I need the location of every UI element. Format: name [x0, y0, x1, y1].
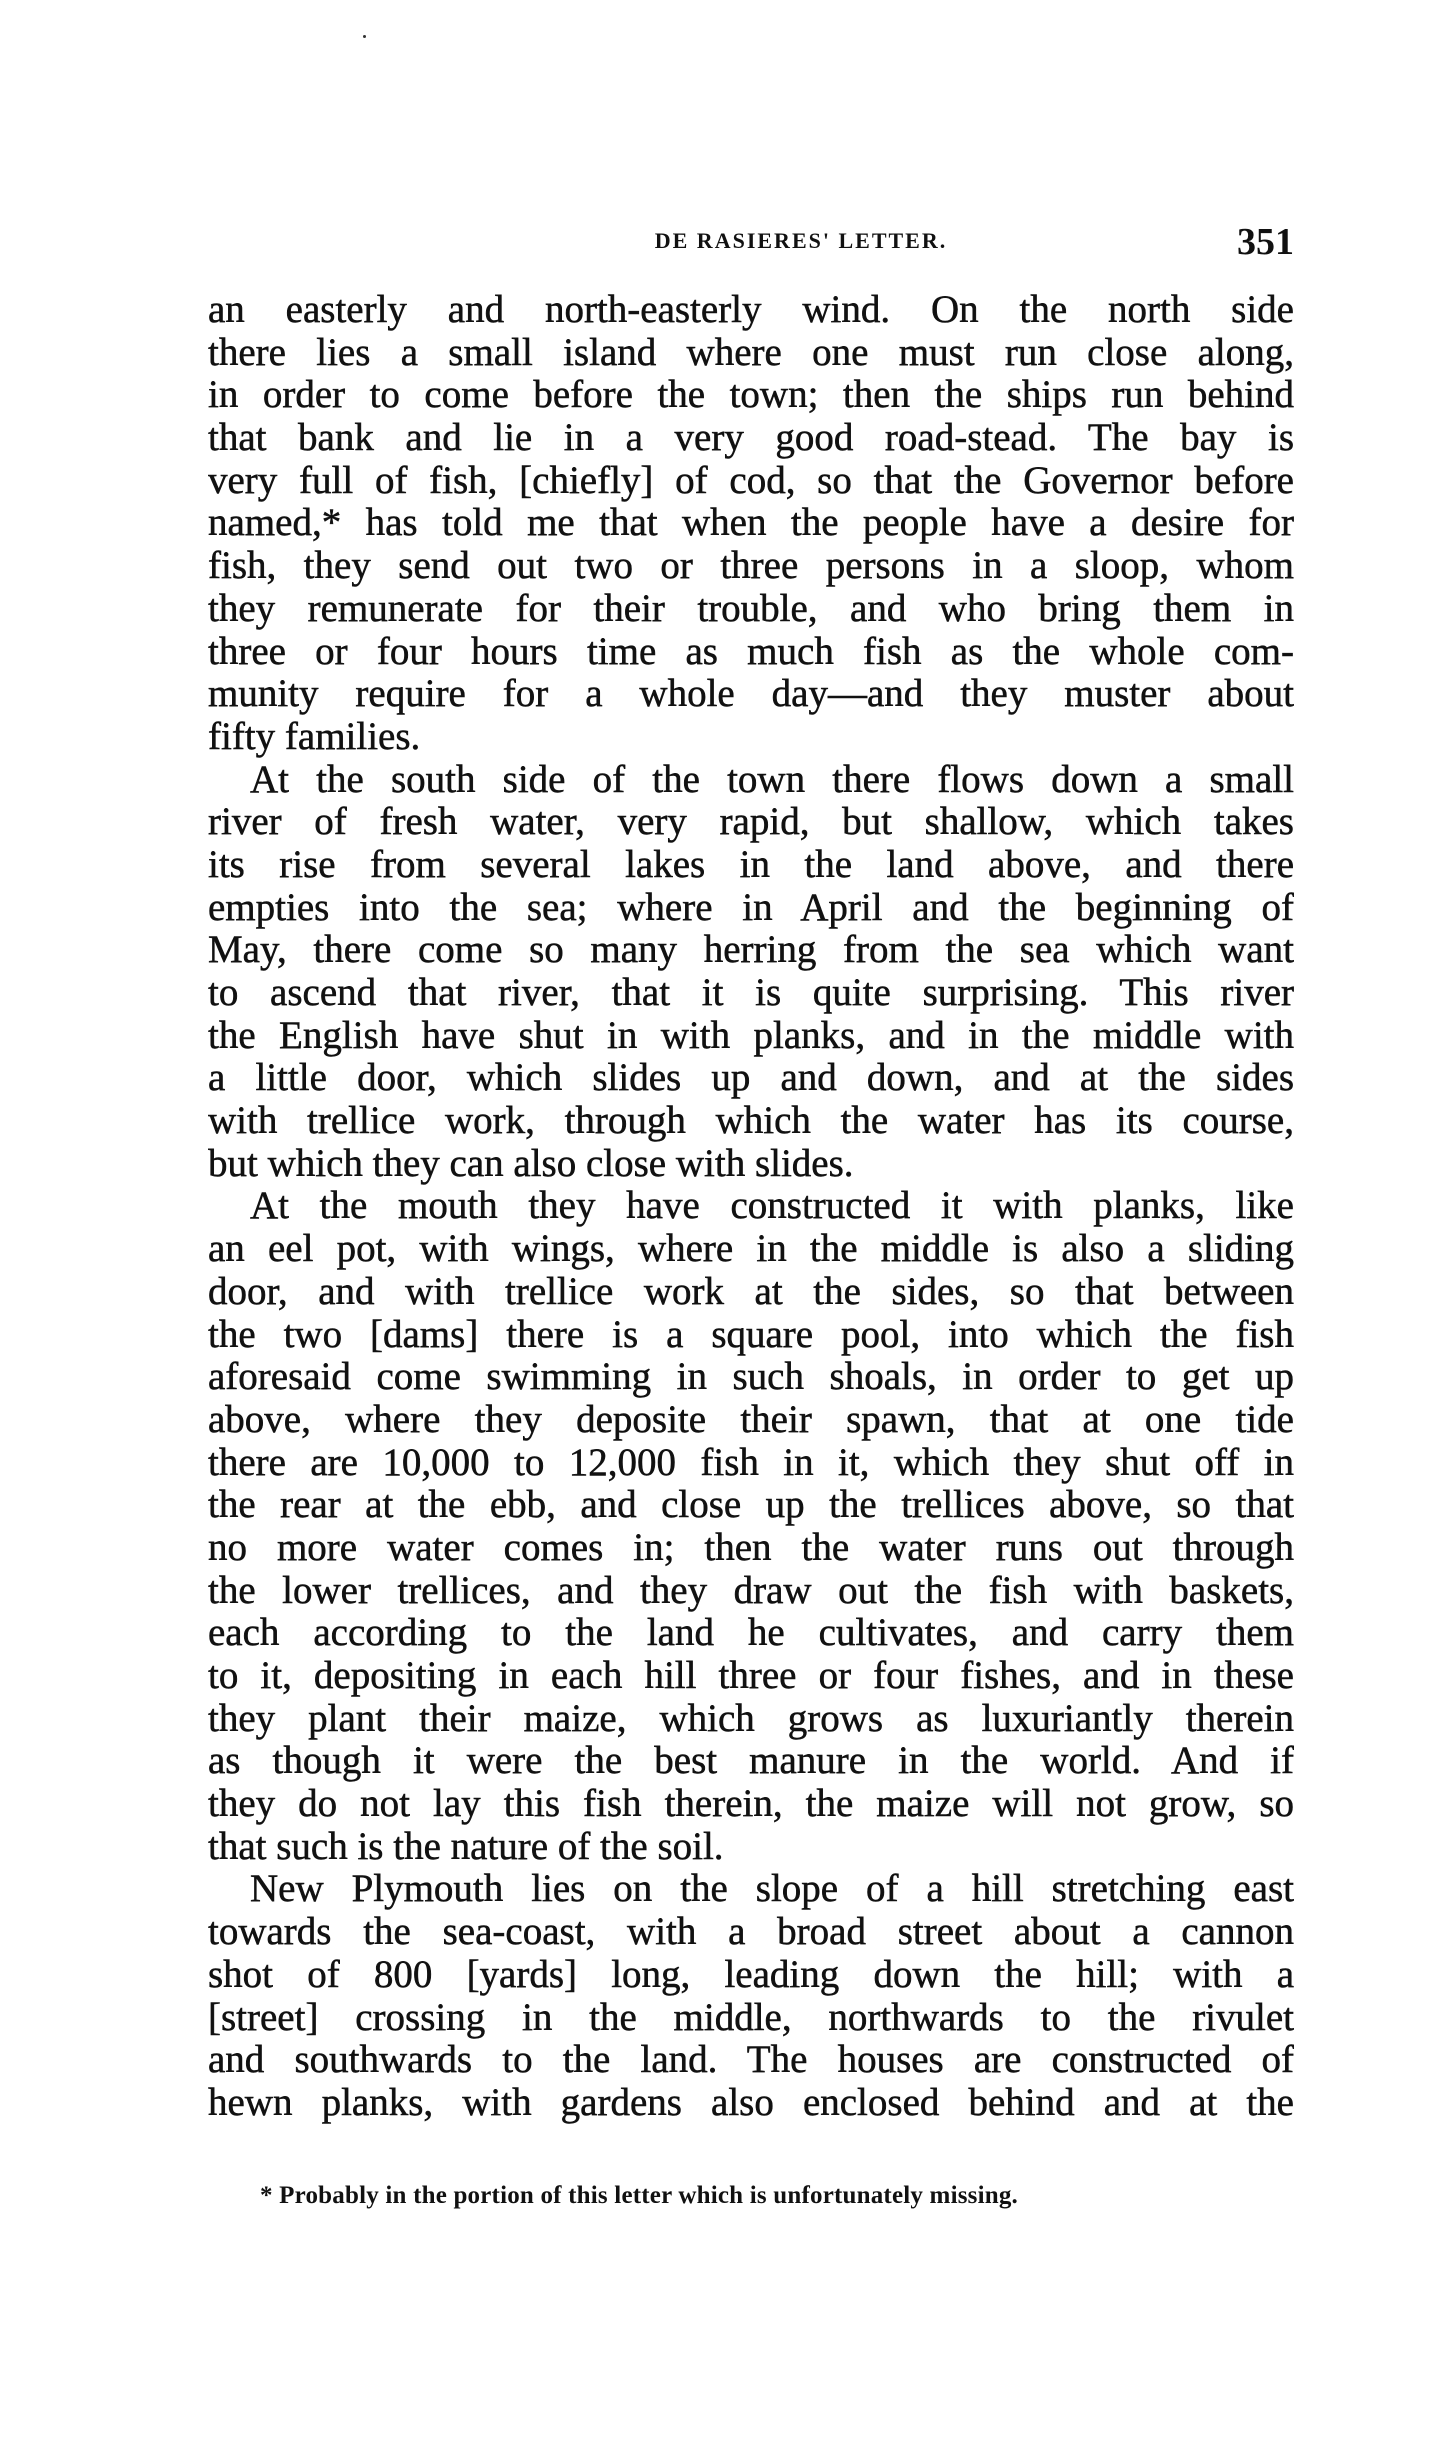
text-line: shot of 800 [yards] long, leading down t…: [208, 1954, 1294, 1997]
text-line: named,* has told me that when the people…: [208, 502, 1294, 545]
text-line: the lower trellices, and they draw out t…: [208, 1570, 1294, 1613]
text-line: they remunerate for their trouble, and w…: [208, 588, 1294, 631]
text-line: New Plymouth lies on the slope of a hill…: [208, 1868, 1294, 1911]
text-line: river of fresh water, very rapid, but sh…: [208, 801, 1294, 844]
text-line: At the mouth they have constructed it wi…: [208, 1185, 1294, 1228]
text-line: the two [dams] there is a square pool, i…: [208, 1314, 1294, 1357]
text-line: door, and with trellice work at the side…: [208, 1271, 1294, 1314]
text-line: [street] crossing in the middle, northwa…: [208, 1997, 1294, 2040]
text-line: there are 10,000 to 12,000 fish in it, w…: [208, 1442, 1294, 1485]
text-line: empties into the sea; where in April and…: [208, 887, 1294, 930]
text-line: to it, depositing in each hill three or …: [208, 1655, 1294, 1698]
text-line: an eel pot, with wings, where in the mid…: [208, 1228, 1294, 1271]
text-line: aforesaid come swimming in such shoals, …: [208, 1356, 1294, 1399]
text-line: very full of fish, [chiefly] of cod, so …: [208, 460, 1294, 503]
text-line: no more water comes in; then the water r…: [208, 1527, 1294, 1570]
text-line: each according to the land he cultivates…: [208, 1612, 1294, 1655]
text-line: there lies a small island where one must…: [208, 332, 1294, 375]
text-line: that bank and lie in a very good road-st…: [208, 417, 1294, 460]
paragraph: At the mouth they have constructed it wi…: [208, 1185, 1294, 1868]
text-line: its rise from several lakes in the land …: [208, 844, 1294, 887]
text-line: in order to come before the town; then t…: [208, 374, 1294, 417]
text-line: At the south side of the town there flow…: [208, 759, 1294, 802]
running-head: De Rasieres' Letter. 351: [208, 222, 1294, 262]
text-line: they do not lay this fish therein, the m…: [208, 1783, 1294, 1826]
text-line: the English have shut in with planks, an…: [208, 1015, 1294, 1058]
text-line: hewn planks, with gardens also enclosed …: [208, 2082, 1294, 2125]
text-line: fish, they send out two or three persons…: [208, 545, 1294, 588]
text-line: and southwards to the land. The houses a…: [208, 2039, 1294, 2082]
text-line: with trellice work, through which the wa…: [208, 1100, 1294, 1143]
text-line: they plant their maize, which grows as l…: [208, 1698, 1294, 1741]
text-line: above, where they deposite their spawn, …: [208, 1399, 1294, 1442]
text-line: as though it were the best manure in the…: [208, 1740, 1294, 1783]
paragraph: an easterly and north-easterly wind. On …: [208, 289, 1294, 759]
text-line: towards the sea-coast, with a broad stre…: [208, 1911, 1294, 1954]
text-line: three or four hours time as much fish as…: [208, 631, 1294, 674]
page-number: 351: [1237, 220, 1294, 264]
body-text: an easterly and north-easterly wind. On …: [208, 289, 1294, 2125]
text-line: that such is the nature of the soil.: [208, 1826, 1294, 1869]
text-line: an easterly and north-easterly wind. On …: [208, 289, 1294, 332]
text-line: fifty families.: [208, 716, 1294, 759]
paragraph: At the south side of the town there flow…: [208, 759, 1294, 1186]
text-line: May, there come so many herring from the…: [208, 929, 1294, 972]
text-line: the rear at the ebb, and close up the tr…: [208, 1484, 1294, 1527]
text-line: a little door, which slides up and down,…: [208, 1057, 1294, 1100]
text-line: munity require for a whole day—and they …: [208, 673, 1294, 716]
text-line: but which they can also close with slide…: [208, 1143, 1294, 1186]
paragraph: New Plymouth lies on the slope of a hill…: [208, 1868, 1294, 2124]
print-speck: [363, 35, 366, 38]
footnote: * Probably in the portion of this letter…: [260, 2182, 1018, 2210]
text-line: to ascend that river, that it is quite s…: [208, 972, 1294, 1015]
running-title: De Rasieres' Letter.: [308, 228, 1294, 254]
